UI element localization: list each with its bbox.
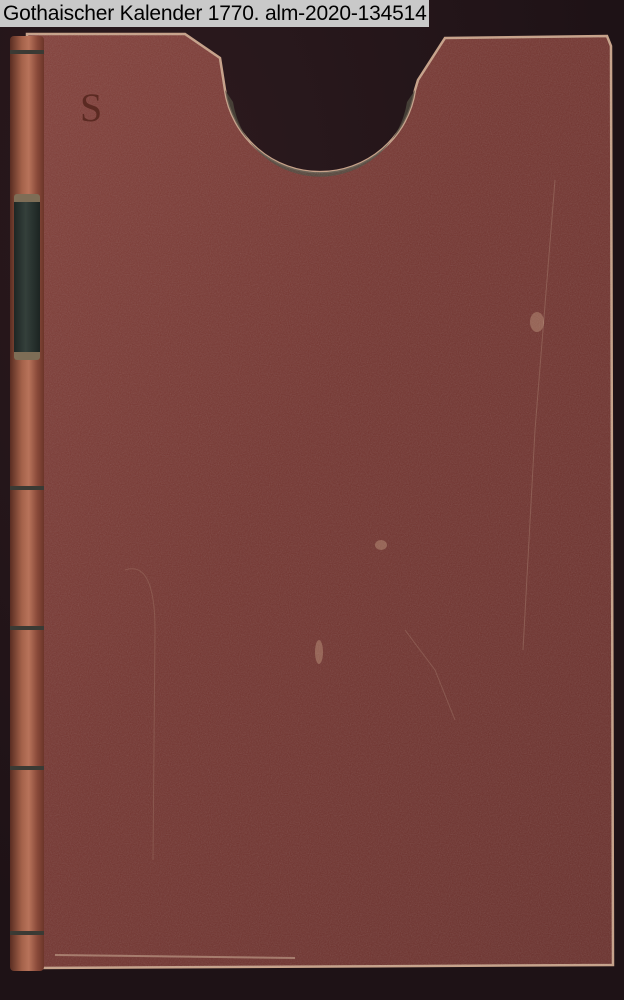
- spine-band: [10, 766, 44, 770]
- book-spine: [10, 36, 44, 971]
- spine-band: [10, 486, 44, 490]
- image-caption: Gothaischer Kalender 1770. alm-2020-1345…: [0, 0, 429, 27]
- monogram: S: [80, 84, 102, 131]
- slipcase-photo: [15, 30, 615, 975]
- wear-mark: [375, 540, 387, 550]
- spine-band: [10, 50, 44, 54]
- spine-label: [14, 194, 40, 360]
- spine-band: [10, 626, 44, 630]
- wear-mark: [315, 640, 323, 664]
- slipcase-board: [15, 30, 615, 975]
- spine-band: [10, 931, 44, 935]
- wear-mark: [530, 312, 544, 332]
